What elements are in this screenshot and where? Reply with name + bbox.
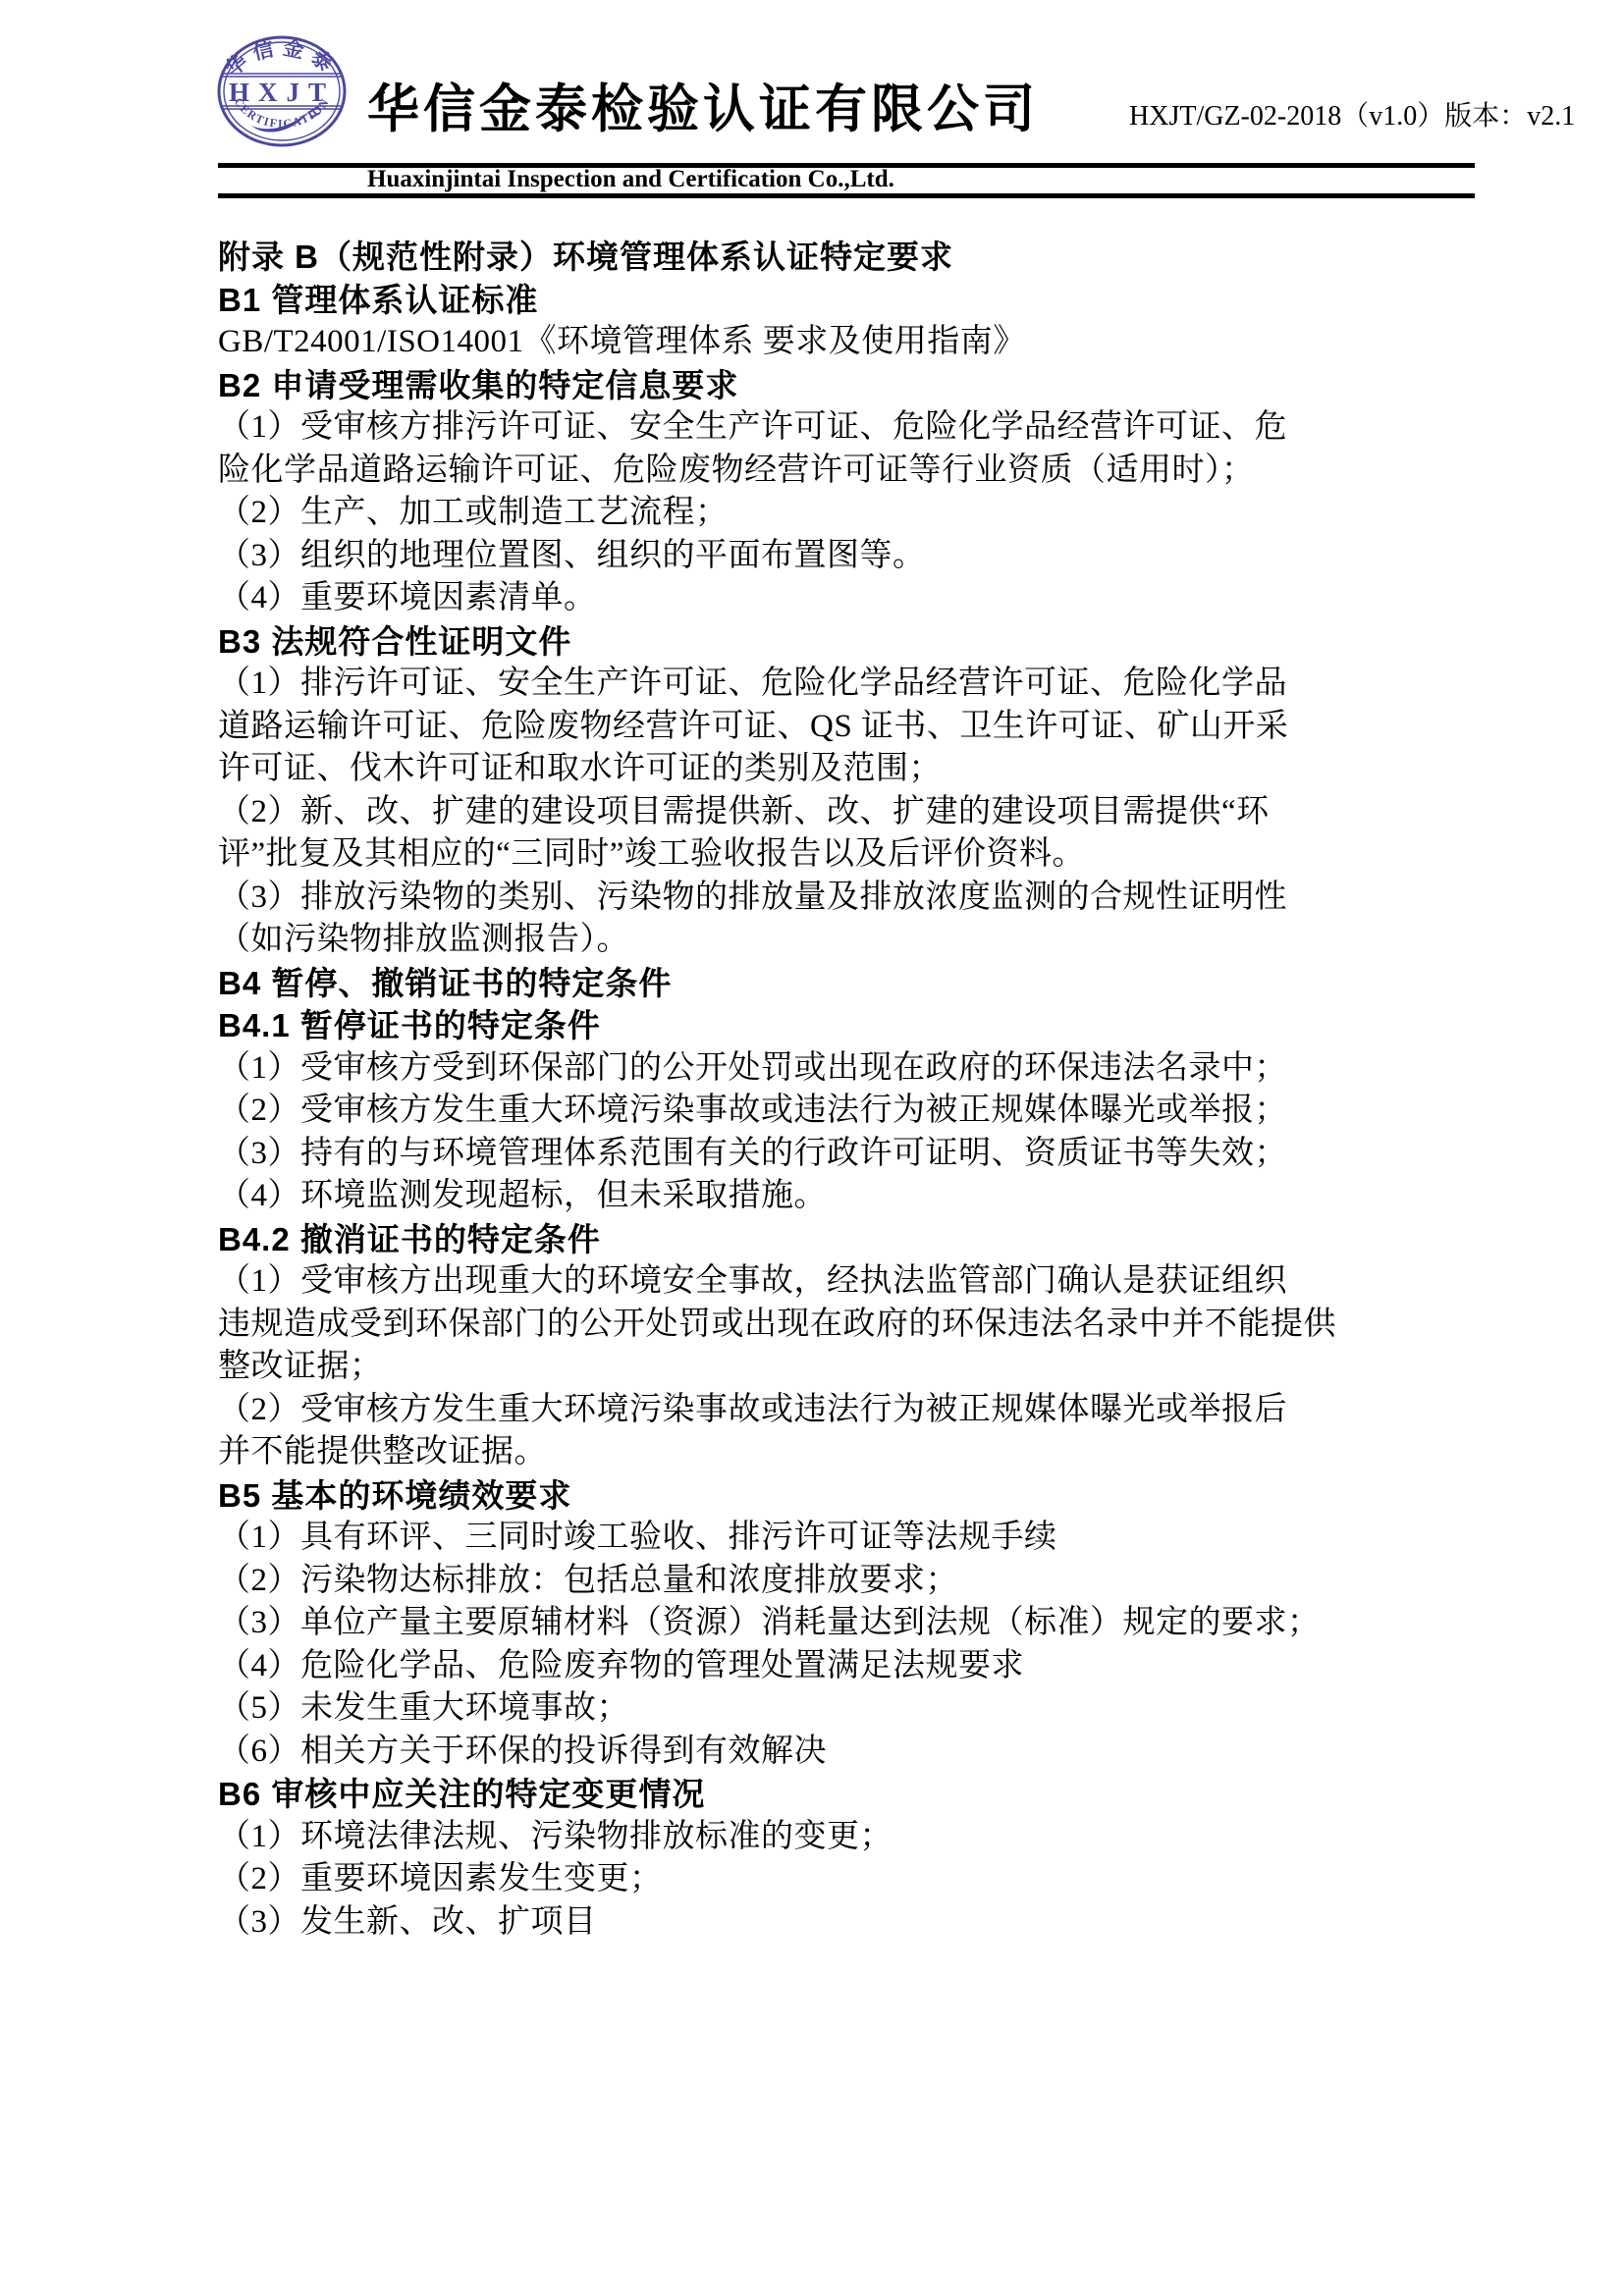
text-line: （1）排污许可证、安全生产许可证、危险化学品经营许可证、危险化学品 — [218, 663, 1485, 706]
document-code: HXJT/GZ-02-2018（v1.0）版本：v2.1 — [1129, 100, 1483, 133]
text-line: GB/T24001/ISO14001《环境管理体系 要求及使用指南》 — [218, 321, 1485, 364]
text-line: （4）危险化学品、危险废弃物的管理处置满足法规要求 — [218, 1645, 1485, 1688]
section-heading: B3 法规符合性证明文件 — [218, 620, 1485, 664]
text-line: （3）排放污染物的类别、污染物的排放量及排放浓度监测的合规性证明性 — [218, 877, 1485, 920]
text-line: （1）受审核方出现重大的环境安全事故，经执法监管部门确认是获证组织 — [218, 1260, 1485, 1304]
text-line: （2）污染物达标排放：包括总量和浓度排放要求； — [218, 1560, 1485, 1603]
company-name-chinese: 华信金泰检验认证有限公司 — [367, 82, 1123, 137]
section-heading: 附录 B（规范性附录）环境管理体系认证特定要求 — [218, 236, 1485, 279]
text-line: （2）受审核方发生重大环境污染事故或违法行为被正规媒体曝光或举报； — [218, 1090, 1485, 1133]
text-line: （2）生产、加工或制造工艺流程； — [218, 492, 1485, 535]
section-heading: B4 暂停、撤销证书的特定条件 — [218, 962, 1485, 1005]
text-line: （6）相关方关于环保的投诉得到有效解决 — [218, 1731, 1485, 1774]
section-heading: B4.1 暂停证书的特定条件 — [218, 1004, 1485, 1047]
text-line: （4）重要环境因素清单。 — [218, 577, 1485, 620]
text-line: （4）环境监测发现超标，但未采取措施。 — [218, 1175, 1485, 1218]
text-line: （如污染物排放监测报告）。 — [218, 919, 1485, 962]
text-line: 许可证、伐木许可证和取水许可证的类别及范围； — [218, 748, 1485, 791]
text-line: 险化学品道路运输许可证、危险废物经营许可证等行业资质（适用时）； — [218, 450, 1485, 493]
document-body: 附录 B（规范性附录）环境管理体系认证特定要求B1 管理体系认证标准GB/T24… — [218, 236, 1485, 1944]
text-line: 评”批复及其相应的“三同时”竣工验收报告以及后评价资料。 — [218, 833, 1485, 877]
company-seal-logo: 华信金泰 HXJT CERTIFICATION — [216, 35, 348, 147]
text-line: （2）新、改、扩建的建设项目需提供新、改、扩建的建设项目需提供“环 — [218, 791, 1485, 834]
header-divider-bottom — [218, 193, 1475, 198]
text-line: （3）发生新、改、扩项目 — [218, 1901, 1485, 1945]
text-line: 整改证据； — [218, 1346, 1485, 1389]
section-heading: B6 审核中应关注的特定变更情况 — [218, 1773, 1485, 1816]
company-name-english: Huaxinjintai Inspection and Certificatio… — [367, 166, 1251, 192]
text-line: 并不能提供整改证据。 — [218, 1431, 1485, 1474]
text-line: （1）受审核方受到环保部门的公开处罚或出现在政府的环保违法名录中； — [218, 1047, 1485, 1091]
section-heading: B4.2 撤消证书的特定条件 — [218, 1218, 1485, 1261]
text-line: （2）重要环境因素发生变更； — [218, 1858, 1485, 1901]
text-line: （5）未发生重大环境事故； — [218, 1687, 1485, 1731]
section-heading: B2 申请受理需收集的特定信息要求 — [218, 364, 1485, 407]
text-line: （1）受审核方排污许可证、安全生产许可证、危险化学品经营许可证、危 — [218, 406, 1485, 450]
text-line: 违规造成受到环保部门的公开处罚或出现在政府的环保违法名录中并不能提供 — [218, 1304, 1485, 1347]
text-line: （1）环境法律法规、污染物排放标准的变更； — [218, 1816, 1485, 1859]
text-line: 道路运输许可证、危险废物经营许可证、QS 证书、卫生许可证、矿山开采 — [218, 706, 1485, 749]
text-line: （3）单位产量主要原辅材料（资源）消耗量达到法规（标准）规定的要求； — [218, 1602, 1485, 1645]
section-heading: B5 基本的环境绩效要求 — [218, 1474, 1485, 1518]
text-line: （3）组织的地理位置图、组织的平面布置图等。 — [218, 535, 1485, 578]
section-heading: B1 管理体系认证标准 — [218, 279, 1485, 322]
document-page: 华信金泰 HXJT CERTIFICATION 华信金泰检验认证有限公司 HXJ… — [0, 0, 1623, 2296]
text-line: （1）具有环评、三同时竣工验收、排污许可证等法规手续 — [218, 1517, 1485, 1560]
text-line: （2）受审核方发生重大环境污染事故或违法行为被正规媒体曝光或举报后 — [218, 1389, 1485, 1432]
text-line: （3）持有的与环境管理体系范围有关的行政许可证明、资质证书等失效； — [218, 1133, 1485, 1176]
